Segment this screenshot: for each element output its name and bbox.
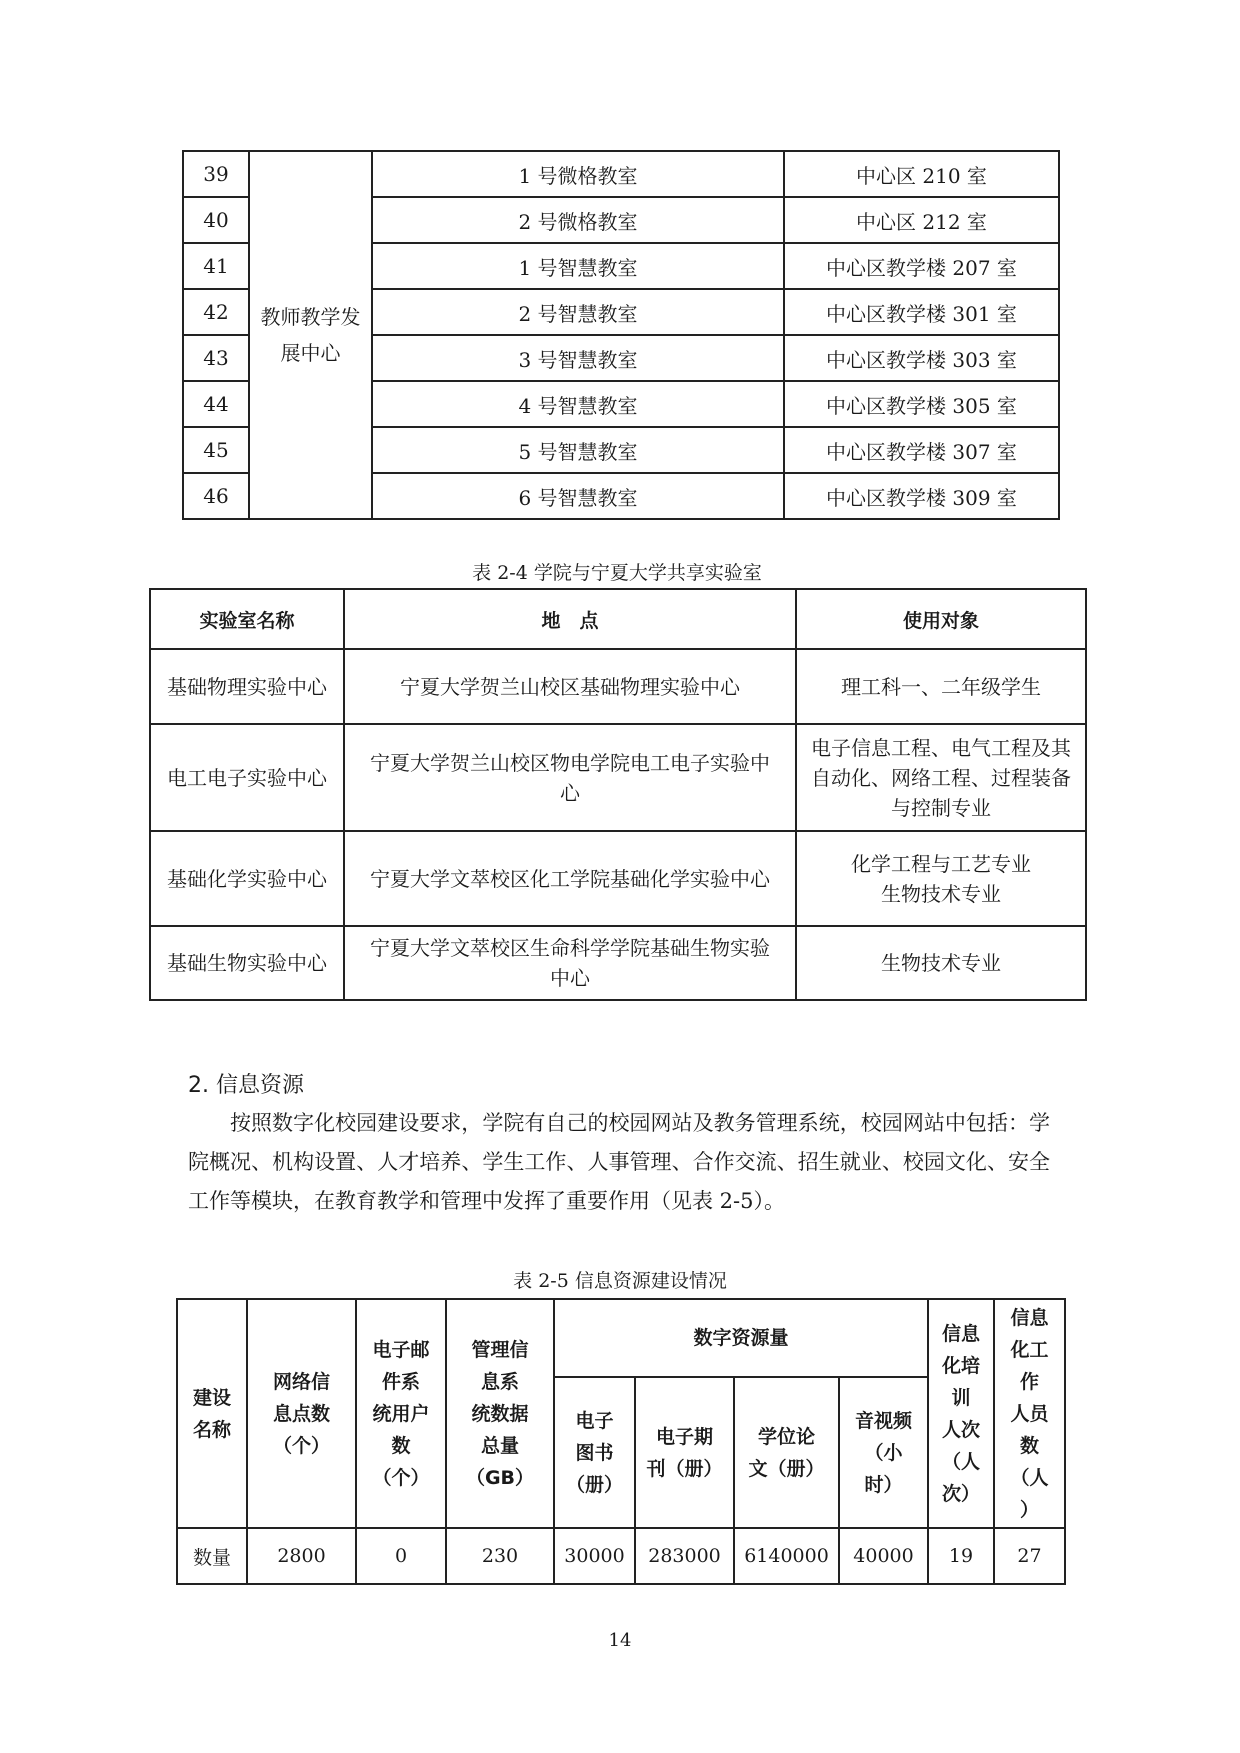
- row-number: 45: [183, 427, 249, 473]
- room-location: 中心区 212 室: [784, 197, 1059, 243]
- lab-users: 化学工程与工艺专业 生物技术专业: [796, 831, 1086, 926]
- cell-value: 2800: [247, 1528, 356, 1584]
- room-name: 1 号微格教室: [372, 151, 784, 197]
- room-location: 中心区教学楼 207 室: [784, 243, 1059, 289]
- table-row: 基础生物实验中心 宁夏大学文萃校区生命科学学院基础生物实验 中心 生物技术专业: [150, 926, 1086, 1000]
- room-name: 2 号微格教室: [372, 197, 784, 243]
- lab-location: 宁夏大学贺兰山校区物电学院电工电子实验中 心: [344, 724, 796, 831]
- column-header: 实验室名称: [150, 589, 344, 649]
- lab-name: 基础物理实验中心: [150, 649, 344, 724]
- cell-value: 27: [994, 1528, 1065, 1584]
- cell-value: 40000: [839, 1528, 928, 1584]
- lab-name: 电工电子实验中心: [150, 724, 344, 831]
- row-number: 39: [183, 151, 249, 197]
- column-header: 使用对象: [796, 589, 1086, 649]
- info-resources-table: 建设 名称 网络信 息点数 （个） 电子邮 件系 统用户 数 （个） 管理信 息…: [176, 1298, 1066, 1585]
- lab-table-continued: 39 教师教学发 展中心 1 号微格教室 中心区 210 室 40 2 号微格教…: [182, 150, 1060, 520]
- room-location: 中心区教学楼 303 室: [784, 335, 1059, 381]
- column-header: 信息 化培 训 人次 （人 次）: [928, 1299, 994, 1528]
- column-header: 信息 化工 作 人员 数 （人 ）: [994, 1299, 1065, 1528]
- room-location: 中心区教学楼 309 室: [784, 473, 1059, 519]
- column-header: 网络信 息点数 （个）: [247, 1299, 356, 1528]
- column-header: 学位论 文（册）: [734, 1377, 839, 1528]
- table-row: 电工电子实验中心 宁夏大学贺兰山校区物电学院电工电子实验中 心 电子信息工程、电…: [150, 724, 1086, 831]
- lab-location: 宁夏大学文萃校区化工学院基础化学实验中心: [344, 831, 796, 926]
- column-header: 电子 图书 （册）: [554, 1377, 635, 1528]
- section-heading: 2. 信息资源: [188, 1068, 304, 1099]
- table-row: 基础物理实验中心 宁夏大学贺兰山校区基础物理实验中心 理工科一、二年级学生: [150, 649, 1086, 724]
- cell-value: 19: [928, 1528, 994, 1584]
- row-number: 42: [183, 289, 249, 335]
- lab-users: 生物技术专业: [796, 926, 1086, 1000]
- table-caption: 表 2-5 信息资源建设情况: [176, 1266, 1064, 1293]
- column-header: 地 点: [344, 589, 796, 649]
- column-header: 建设 名称: [177, 1299, 247, 1528]
- table-row: 39 教师教学发 展中心 1 号微格教室 中心区 210 室: [183, 151, 1059, 197]
- lab-name: 基础化学实验中心: [150, 831, 344, 926]
- cell-value: 0: [356, 1528, 446, 1584]
- table-header-row: 实验室名称 地 点 使用对象: [150, 589, 1086, 649]
- room-location: 中心区 210 室: [784, 151, 1059, 197]
- cell-value: 283000: [635, 1528, 734, 1584]
- lab-location: 宁夏大学贺兰山校区基础物理实验中心: [344, 649, 796, 724]
- column-header: 管理信 息系 统数据 总量 （GB）: [446, 1299, 554, 1528]
- row-label: 数量: [177, 1528, 247, 1584]
- cell-value: 6140000: [734, 1528, 839, 1584]
- table-row: 数量 2800 0 230 30000 283000 6140000 40000…: [177, 1528, 1065, 1584]
- lab-name: 基础生物实验中心: [150, 926, 344, 1000]
- lab-location: 宁夏大学文萃校区生命科学学院基础生物实验 中心: [344, 926, 796, 1000]
- column-header: 电子邮 件系 统用户 数 （个）: [356, 1299, 446, 1528]
- room-name: 4 号智慧教室: [372, 381, 784, 427]
- row-number: 44: [183, 381, 249, 427]
- shared-labs-table: 实验室名称 地 点 使用对象 基础物理实验中心 宁夏大学贺兰山校区基础物理实验中…: [149, 588, 1087, 1001]
- room-name: 2 号智慧教室: [372, 289, 784, 335]
- room-location: 中心区教学楼 307 室: [784, 427, 1059, 473]
- cell-value: 230: [446, 1528, 554, 1584]
- room-name: 6 号智慧教室: [372, 473, 784, 519]
- room-name: 5 号智慧教室: [372, 427, 784, 473]
- page-number: 14: [0, 1630, 1240, 1651]
- column-group-header: 数字资源量: [554, 1299, 928, 1377]
- room-location: 中心区教学楼 305 室: [784, 381, 1059, 427]
- table-row: 基础化学实验中心 宁夏大学文萃校区化工学院基础化学实验中心 化学工程与工艺专业 …: [150, 831, 1086, 926]
- table-header-row: 建设 名称 网络信 息点数 （个） 电子邮 件系 统用户 数 （个） 管理信 息…: [177, 1299, 1065, 1377]
- lab-users: 电子信息工程、电气工程及其 自动化、网络工程、过程装备 与控制专业: [796, 724, 1086, 831]
- lab-users: 理工科一、二年级学生: [796, 649, 1086, 724]
- row-number: 41: [183, 243, 249, 289]
- table-caption: 表 2-4 学院与宁夏大学共享实验室: [149, 558, 1085, 585]
- row-number: 43: [183, 335, 249, 381]
- room-name: 1 号智慧教室: [372, 243, 784, 289]
- row-number: 40: [183, 197, 249, 243]
- column-header: 电子期 刊（册）: [635, 1377, 734, 1528]
- column-header: 音视频 （小 时）: [839, 1377, 928, 1528]
- cell-value: 30000: [554, 1528, 635, 1584]
- department-cell: 教师教学发 展中心: [249, 151, 372, 519]
- section-paragraph: 按照数字化校园建设要求，学院有自己的校园网站及教务管理系统，校园网站中包括：学院…: [188, 1104, 1050, 1221]
- room-location: 中心区教学楼 301 室: [784, 289, 1059, 335]
- room-name: 3 号智慧教室: [372, 335, 784, 381]
- row-number: 46: [183, 473, 249, 519]
